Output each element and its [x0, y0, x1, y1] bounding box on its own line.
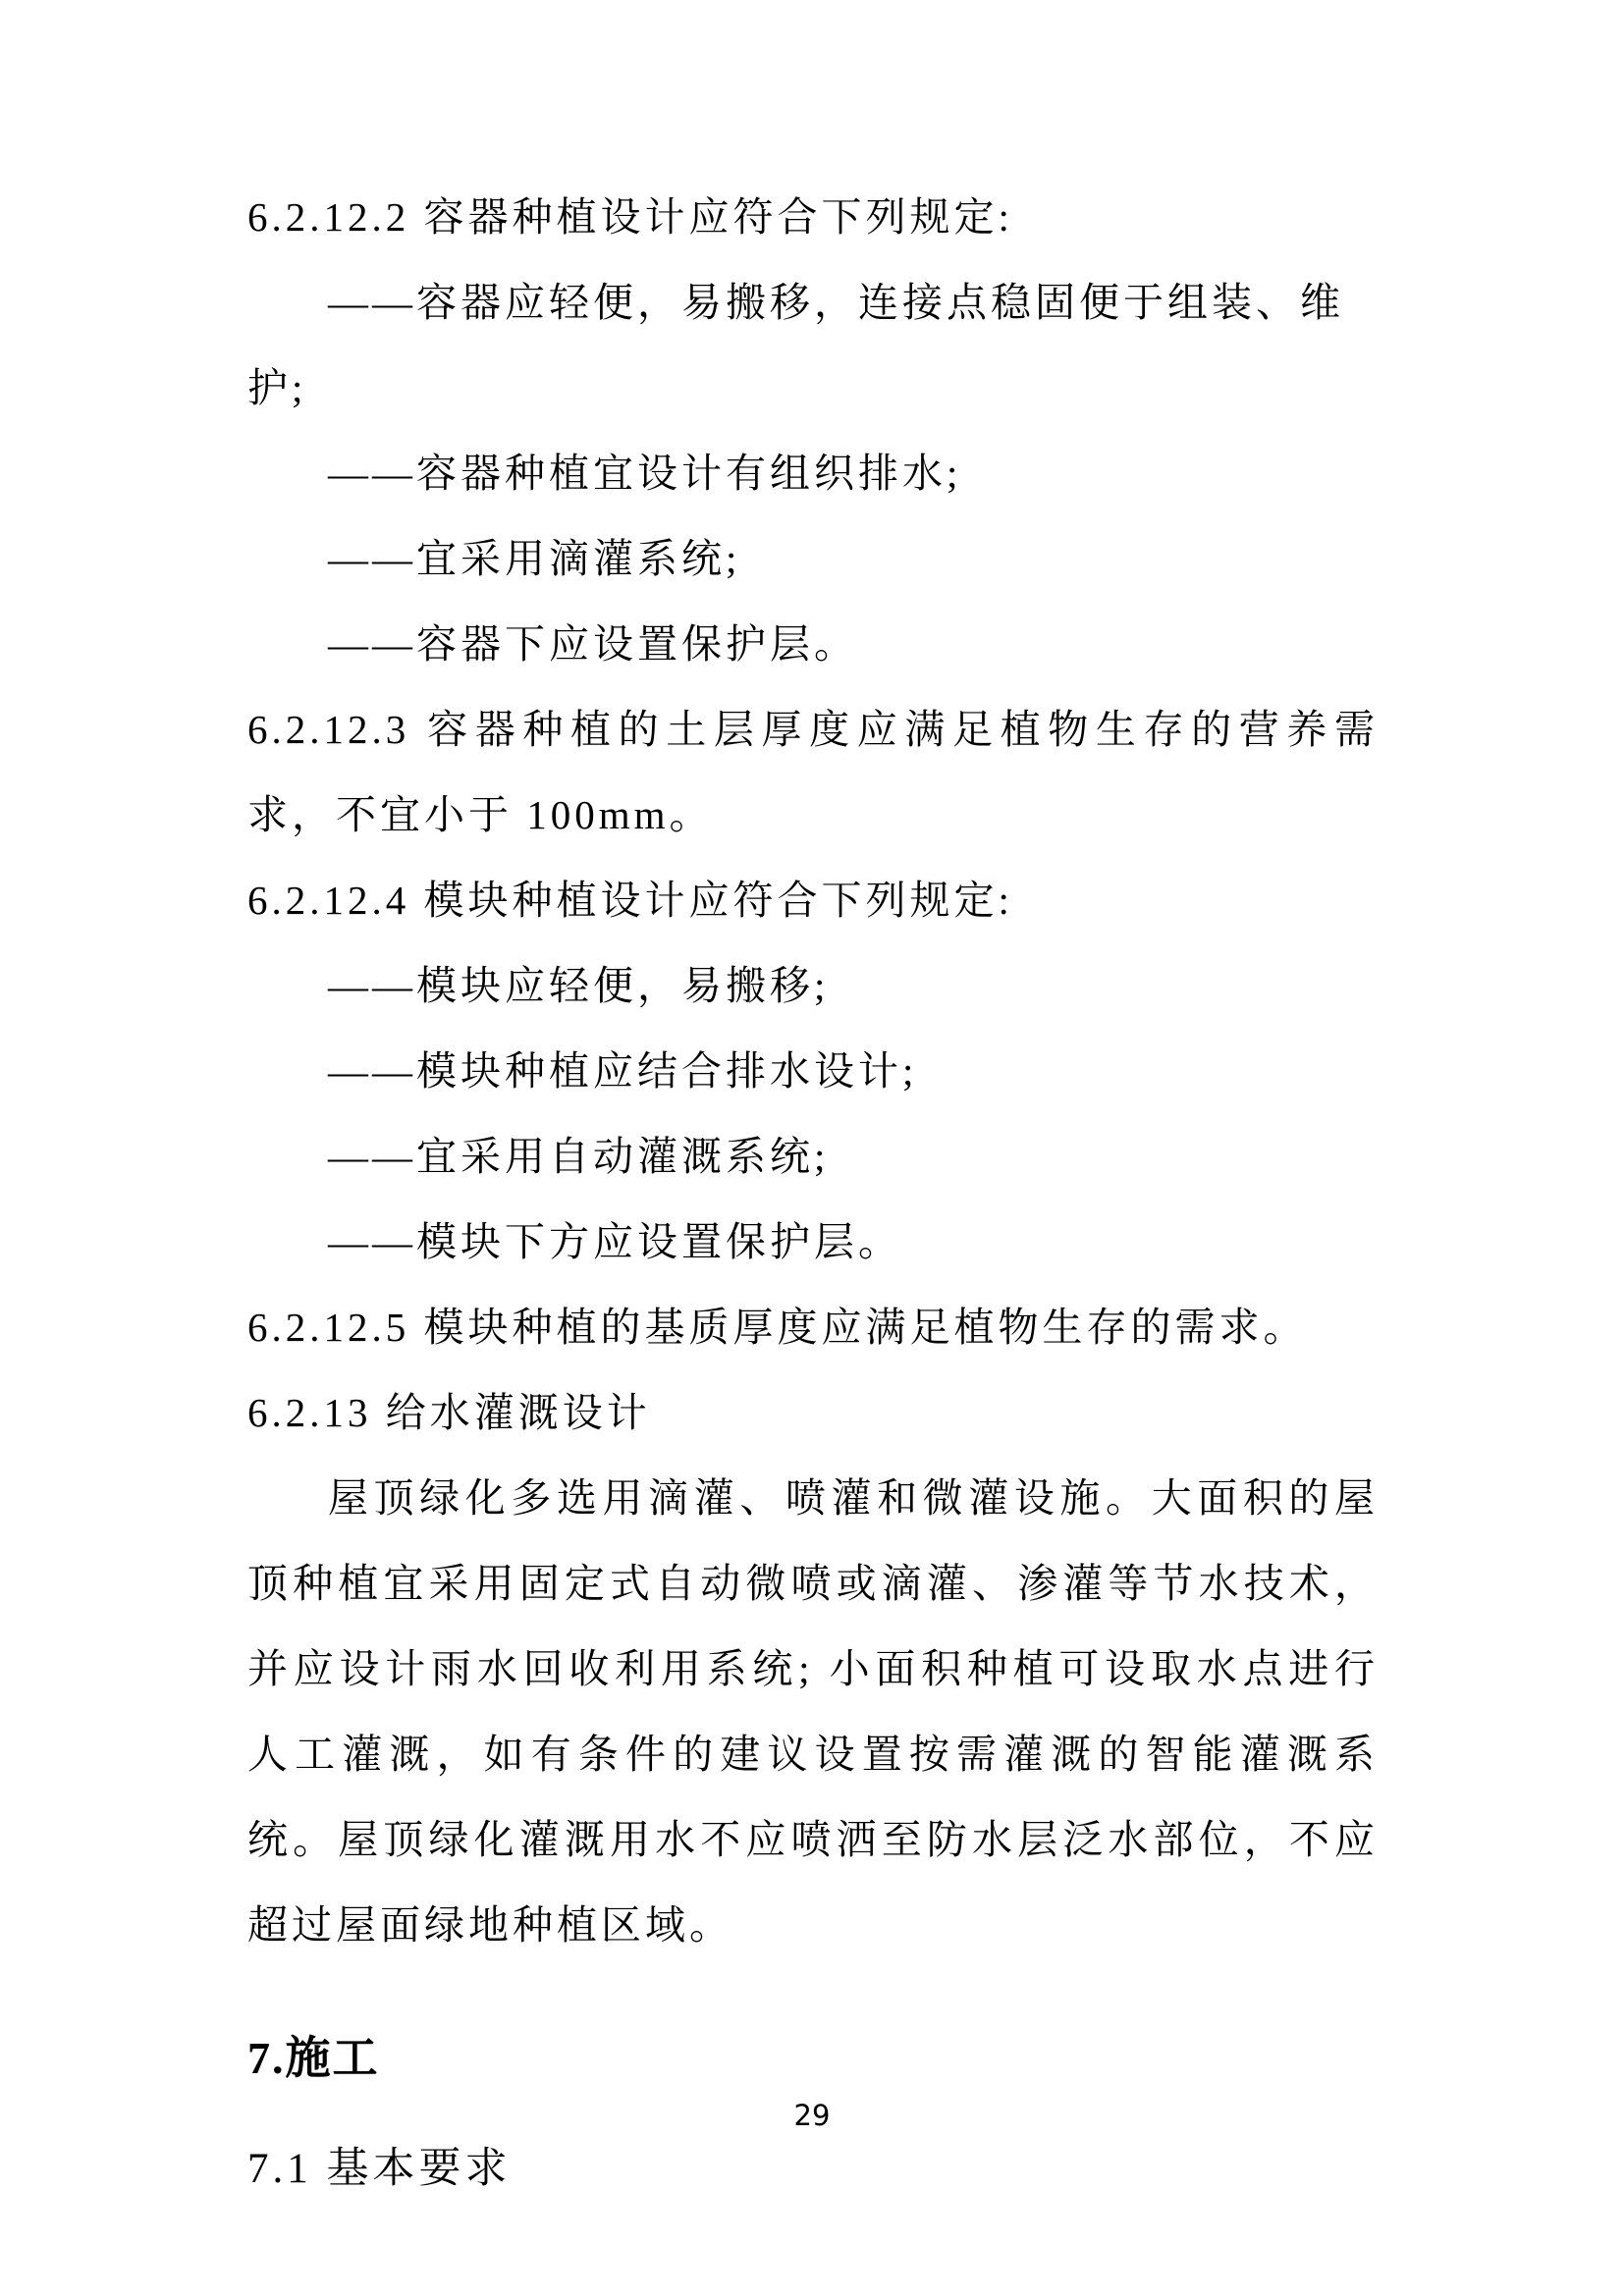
clause-6-2-12-5: 6.2.12.5 模块种植的基质厚度应满足植物生存的需求。	[247, 1285, 1379, 1370]
container-list-item-4: ——容器下应设置保护层。	[247, 602, 1379, 687]
section-7-heading: 7.施工	[247, 2015, 1379, 2101]
document-page-content: 6.2.12.2 容器种植设计应符合下列规定: ——容器应轻便，易搬移，连接点稳…	[247, 175, 1379, 2212]
container-list-item-3: ——宜采用滴灌系统;	[247, 516, 1379, 602]
module-list-item-2: ——模块种植应结合排水设计;	[247, 1029, 1379, 1114]
irrigation-paragraph: 屋顶绿化多选用滴灌、喷灌和微灌设施。大面积的屋顶种植宜采用固定式自动微喷或滴灌、…	[247, 1456, 1379, 1968]
module-list-item-4: ——模块下方应设置保护层。	[247, 1200, 1379, 1285]
module-list-item-1: ——模块应轻便，易搬移;	[247, 943, 1379, 1029]
clause-6-2-12-2: 6.2.12.2 容器种植设计应符合下列规定:	[247, 175, 1379, 260]
container-list-item-1: ——容器应轻便，易搬移，连接点稳固便于组装、维护;	[247, 260, 1379, 431]
clause-6-2-13: 6.2.13 给水灌溉设计	[247, 1370, 1379, 1456]
clause-6-2-12-3: 6.2.12.3 容器种植的土层厚度应满足植物生存的营养需求，不宜小于 100m…	[247, 687, 1379, 858]
module-list-item-3: ——宜采用自动灌溉系统;	[247, 1114, 1379, 1200]
container-list-item-2: ——容器种植宜设计有组织排水;	[247, 431, 1379, 516]
clause-6-2-12-4: 6.2.12.4 模块种植设计应符合下列规定:	[247, 858, 1379, 943]
section-7-1-heading: 7.1 基本要求	[247, 2126, 1379, 2212]
page-number: 29	[0, 2099, 1624, 2132]
